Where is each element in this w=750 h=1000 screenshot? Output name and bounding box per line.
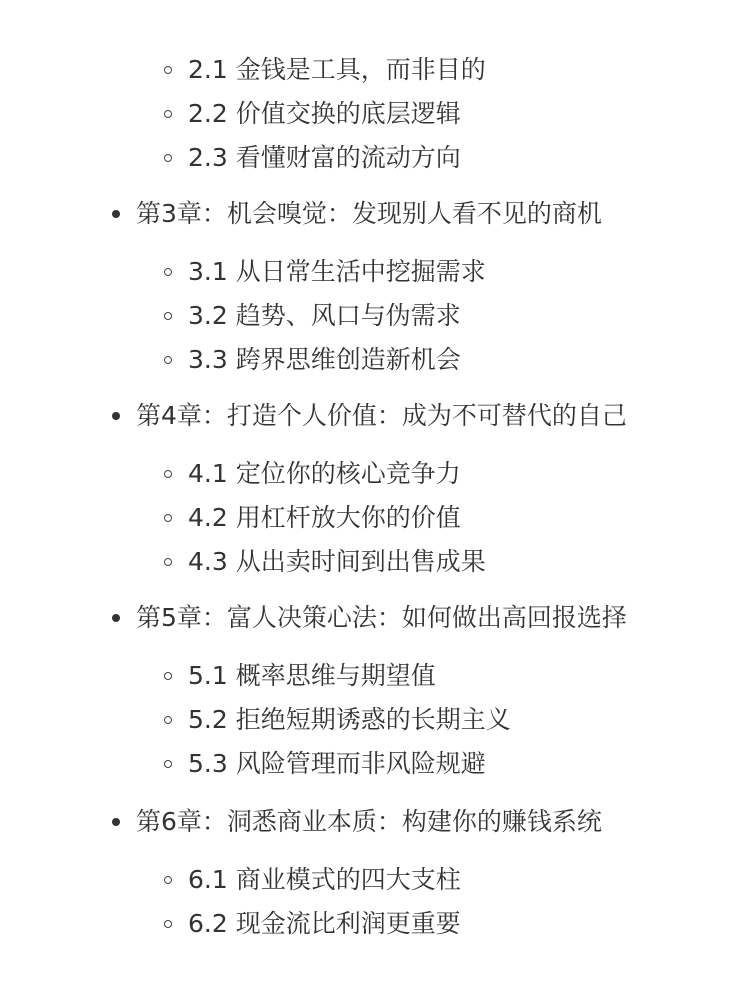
section-label: 3.1 从日常生活中挖掘需求 [188, 254, 486, 290]
hollow-bullet-icon [164, 470, 172, 478]
chapter-5: 第5章：富人决策心法：如何做出高回报选择 [108, 598, 627, 638]
section-label: 5.2 拒绝短期诱惑的长期主义 [188, 702, 511, 738]
chapter-title: 第3章：机会嗅觉：发现别人看不见的商机 [136, 194, 602, 234]
section-label: 5.3 风险管理而非风险规避 [188, 746, 486, 782]
section-2-2: 2.2 价值交换的底层逻辑 [160, 96, 461, 132]
filled-bullet-icon [112, 412, 120, 420]
hollow-bullet-icon [164, 312, 172, 320]
section-3-1: 3.1 从日常生活中挖掘需求 [160, 254, 486, 290]
section-label: 5.1 概率思维与期望值 [188, 658, 436, 694]
hollow-bullet-icon [164, 760, 172, 768]
section-label: 6.1 商业模式的四大支柱 [188, 862, 461, 898]
section-label: 4.2 用杠杆放大你的价值 [188, 500, 461, 536]
section-label: 6.2 现金流比利润更重要 [188, 906, 461, 942]
hollow-bullet-icon [164, 920, 172, 928]
section-3-2: 3.2 趋势、风口与伪需求 [160, 298, 461, 334]
chapter-3: 第3章：机会嗅觉：发现别人看不见的商机 [108, 194, 602, 234]
filled-bullet-icon [112, 818, 120, 826]
hollow-bullet-icon [164, 154, 172, 162]
section-label: 4.1 定位你的核心竞争力 [188, 456, 461, 492]
section-4-2: 4.2 用杠杆放大你的价值 [160, 500, 461, 536]
hollow-bullet-icon [164, 558, 172, 566]
section-label: 2.3 看懂财富的流动方向 [188, 140, 461, 176]
section-5-3: 5.3 风险管理而非风险规避 [160, 746, 486, 782]
chapter-title: 第4章：打造个人价值：成为不可替代的自己 [136, 396, 627, 436]
section-2-1: 2.1 金钱是工具，而非目的 [160, 52, 486, 88]
hollow-bullet-icon [164, 876, 172, 884]
hollow-bullet-icon [164, 672, 172, 680]
hollow-bullet-icon [164, 514, 172, 522]
section-6-2: 6.2 现金流比利润更重要 [160, 906, 461, 942]
filled-bullet-icon [112, 210, 120, 218]
section-label: 3.2 趋势、风口与伪需求 [188, 298, 461, 334]
section-4-1: 4.1 定位你的核心竞争力 [160, 456, 461, 492]
hollow-bullet-icon [164, 716, 172, 724]
section-3-3: 3.3 跨界思维创造新机会 [160, 342, 461, 378]
section-2-3: 2.3 看懂财富的流动方向 [160, 140, 461, 176]
section-5-2: 5.2 拒绝短期诱惑的长期主义 [160, 702, 511, 738]
chapter-6: 第6章：洞悉商业本质：构建你的赚钱系统 [108, 802, 602, 842]
section-label: 3.3 跨界思维创造新机会 [188, 342, 461, 378]
filled-bullet-icon [112, 614, 120, 622]
hollow-bullet-icon [164, 268, 172, 276]
section-4-3: 4.3 从出卖时间到出售成果 [160, 544, 486, 580]
chapter-title: 第5章：富人决策心法：如何做出高回报选择 [136, 598, 627, 638]
section-5-1: 5.1 概率思维与期望值 [160, 658, 436, 694]
hollow-bullet-icon [164, 66, 172, 74]
hollow-bullet-icon [164, 356, 172, 364]
section-label: 2.2 价值交换的底层逻辑 [188, 96, 461, 132]
hollow-bullet-icon [164, 110, 172, 118]
section-label: 2.1 金钱是工具，而非目的 [188, 52, 486, 88]
chapter-4: 第4章：打造个人价值：成为不可替代的自己 [108, 396, 627, 436]
chapter-title: 第6章：洞悉商业本质：构建你的赚钱系统 [136, 802, 602, 842]
section-label: 4.3 从出卖时间到出售成果 [188, 544, 486, 580]
section-6-1: 6.1 商业模式的四大支柱 [160, 862, 461, 898]
